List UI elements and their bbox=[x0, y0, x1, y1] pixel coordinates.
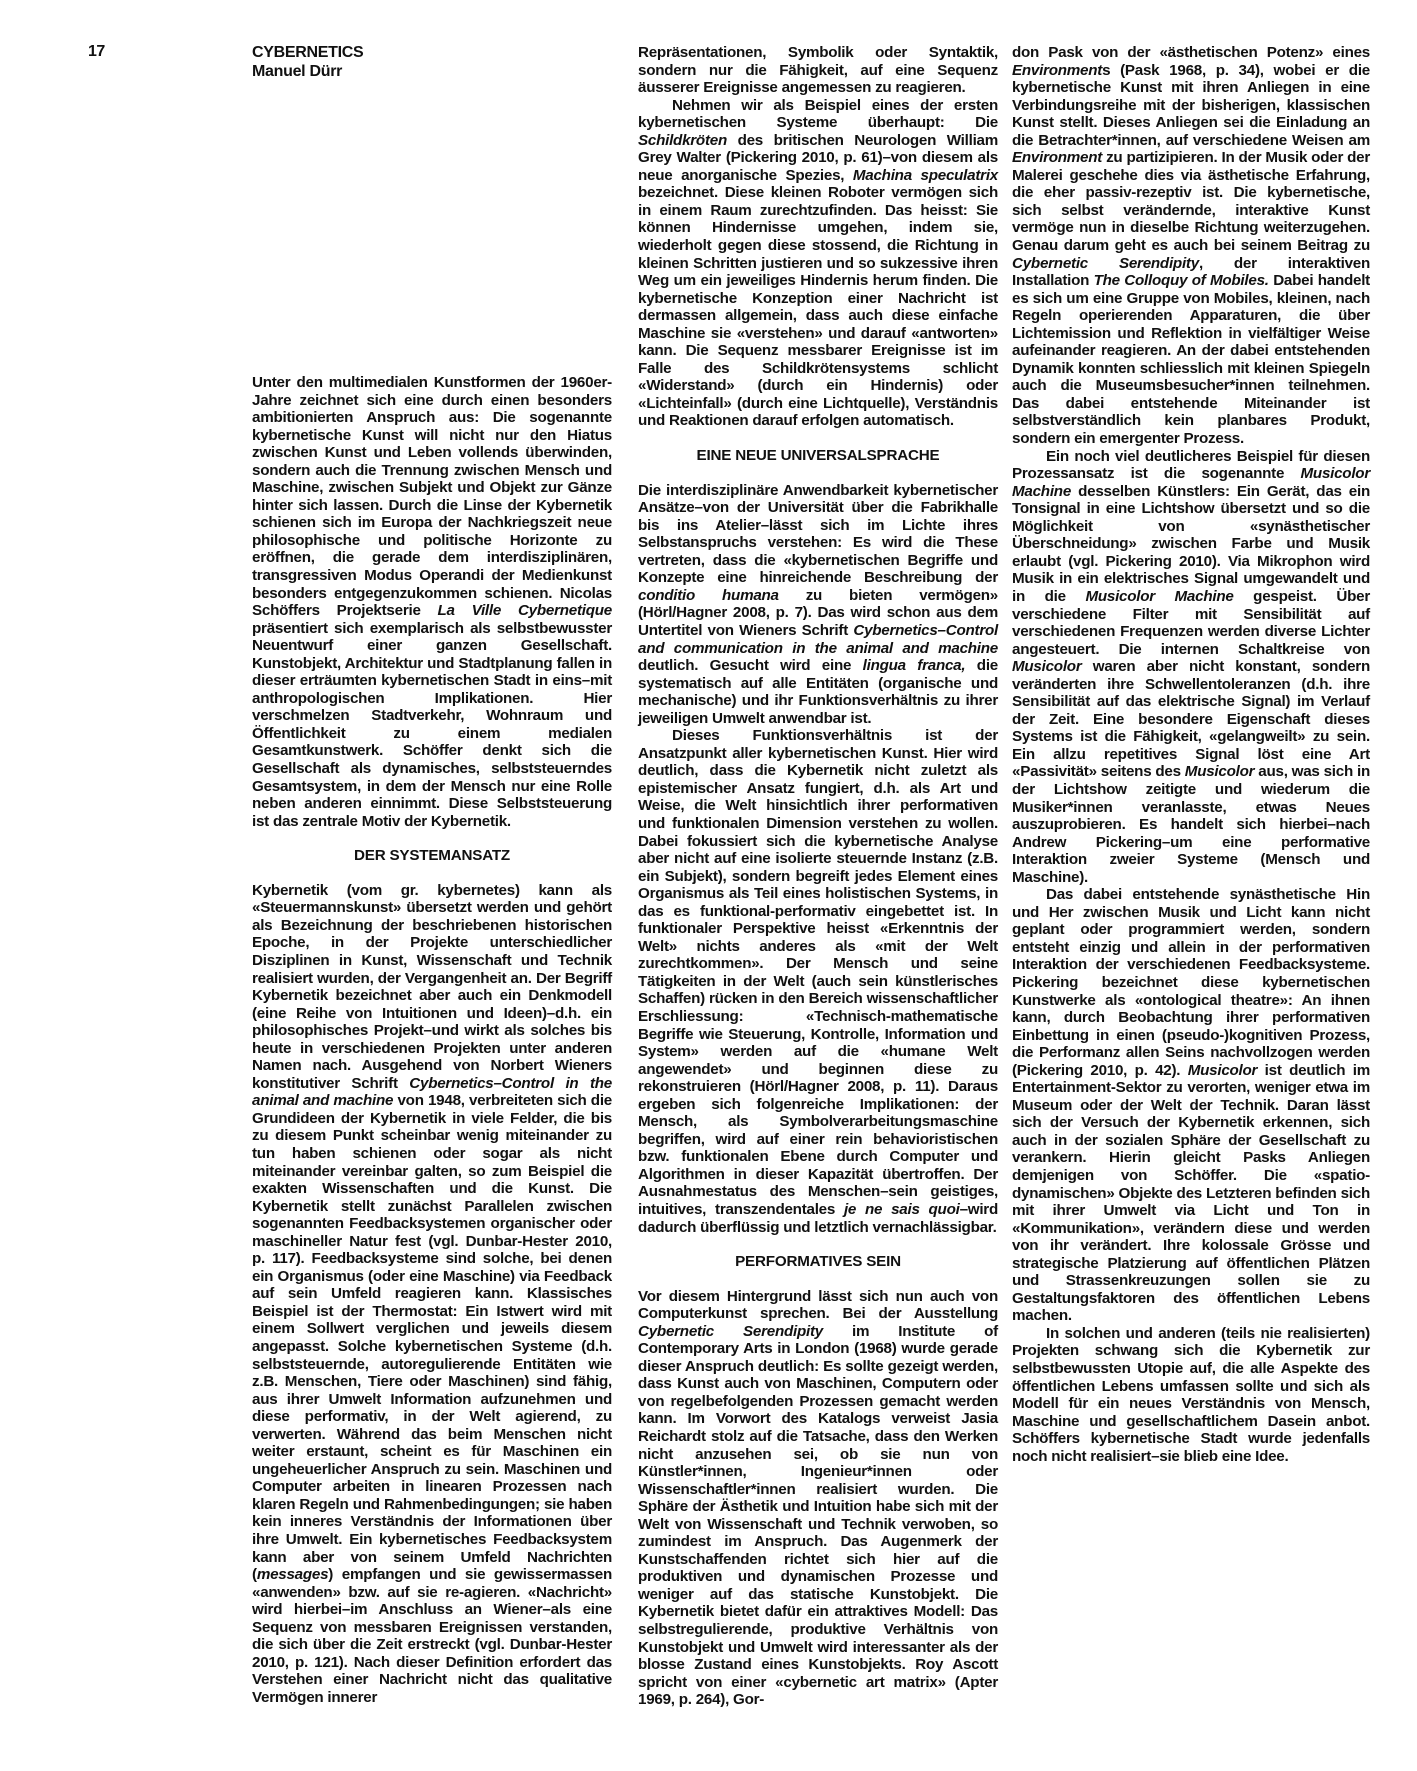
italic-text: Cybernetic Serendipity bbox=[1012, 255, 1199, 272]
text-column-left: Unter den multimedialen Kunstformen der … bbox=[252, 374, 612, 1706]
italic-text: Cybernetic Serendipity bbox=[638, 1323, 823, 1340]
paragraph: Die interdisziplinäre Anwendbarkeit kybe… bbox=[638, 482, 998, 728]
text-run: im Institute of Contemporary Arts in Lon… bbox=[638, 1323, 998, 1708]
text-run: Die interdisziplinäre Anwendbarkeit kybe… bbox=[638, 482, 998, 587]
text-run: von 1948, verbreiteten sich die Grundide… bbox=[252, 1092, 612, 1583]
text-run: Dabei handelt es sich um eine Gruppe von… bbox=[1012, 272, 1370, 447]
text-run: präsentiert sich exemplarisch als selbst… bbox=[252, 620, 612, 830]
section-title: CYBERNETICS bbox=[252, 43, 363, 62]
paragraph: Unter den multimedialen Kunstformen der … bbox=[252, 374, 612, 830]
text-column-middle: Repräsentationen, Symbolik oder Syntakti… bbox=[638, 44, 998, 1709]
italic-text: Musicolor Machine bbox=[1085, 588, 1233, 605]
italic-text: Environment bbox=[1012, 149, 1102, 166]
text-run: bezeichnet. Diese kleinen Roboter vermög… bbox=[638, 184, 998, 429]
text-run: Repräsentationen, Symbolik oder Syntakti… bbox=[638, 44, 998, 96]
section-heading: EINE NEUE UNIVERSALSPRACHE bbox=[638, 447, 998, 465]
paragraph: Das dabei entstehende synästhetische Hin… bbox=[1012, 886, 1370, 1325]
italic-text: conditio humana bbox=[638, 587, 779, 604]
text-run: waren aber nicht konstant, sondern verän… bbox=[1012, 658, 1370, 780]
paragraph: Vor diesem Hintergrund lässt sich nun au… bbox=[638, 1288, 998, 1709]
author-name: Manuel Dürr bbox=[252, 62, 363, 81]
paragraph: Kybernetik (vom gr. kybernetes) kann als… bbox=[252, 882, 612, 1707]
paragraph: Repräsentationen, Symbolik oder Syntakti… bbox=[638, 44, 998, 97]
section-heading: PERFORMATIVES SEIN bbox=[638, 1253, 998, 1271]
italic-text: Environment bbox=[1012, 62, 1102, 79]
text-run: In solchen und anderen (teils nie realis… bbox=[1012, 1325, 1370, 1465]
text-column-right: don Pask von der «ästhetischen Potenz» e… bbox=[1012, 44, 1370, 1465]
paragraph: don Pask von der «ästhetischen Potenz» e… bbox=[1012, 44, 1370, 448]
italic-text: lingua franca, bbox=[863, 657, 966, 674]
text-run: Vor diesem Hintergrund lässt sich nun au… bbox=[638, 1288, 998, 1323]
page-number: 17 bbox=[88, 43, 105, 61]
italic-text: La Ville Cybernetique bbox=[438, 602, 612, 619]
text-run: Kybernetik (vom gr. kybernetes) kann als… bbox=[252, 882, 612, 1092]
italic-text: je ne sais quoi bbox=[844, 1201, 960, 1218]
italic-text: The Colloquy of Mobiles. bbox=[1094, 272, 1269, 289]
text-run: don Pask von der «ästhetischen Potenz» e… bbox=[1012, 44, 1370, 61]
paragraph: In solchen und anderen (teils nie realis… bbox=[1012, 1325, 1370, 1465]
italic-text: messages bbox=[257, 1566, 328, 1583]
section-heading: DER SYSTEMANSATZ bbox=[252, 847, 612, 865]
paragraph: Dieses Funktionsverhältnis ist der Ansat… bbox=[638, 727, 998, 1236]
paragraph: Ein noch viel deutlicheres Beispiel für … bbox=[1012, 448, 1370, 887]
italic-text: Musicolor bbox=[1012, 658, 1081, 675]
text-run: Nehmen wir als Beispiel eines der ersten… bbox=[638, 97, 998, 132]
running-head: CYBERNETICS Manuel Dürr bbox=[252, 43, 363, 81]
text-run: ) empfangen und sie gewissermassen «anwe… bbox=[252, 1566, 612, 1706]
paragraph: Nehmen wir als Beispiel eines der ersten… bbox=[638, 97, 998, 430]
italic-text: Musicolor bbox=[1188, 1062, 1257, 1079]
italic-text: Musicolor bbox=[1185, 763, 1254, 780]
text-run: ist deutlich im Entertainment-Sektor zu … bbox=[1012, 1062, 1370, 1325]
text-run: Dieses Funktionsverhältnis ist der Ansat… bbox=[638, 727, 998, 1218]
text-run: aus, was sich in der Lichtshow zeitigte … bbox=[1012, 763, 1370, 885]
text-run: deutlich. Gesucht wird eine bbox=[638, 657, 863, 674]
text-run: Das dabei entstehende synästhetische Hin… bbox=[1012, 886, 1370, 1078]
text-run: desselben Künstlers: Ein Gerät, das ein … bbox=[1012, 483, 1370, 605]
italic-text: Machina speculatrix bbox=[853, 167, 998, 184]
italic-text: Schildkröten bbox=[638, 132, 727, 149]
text-run: Unter den multimedialen Kunstformen der … bbox=[252, 374, 612, 619]
